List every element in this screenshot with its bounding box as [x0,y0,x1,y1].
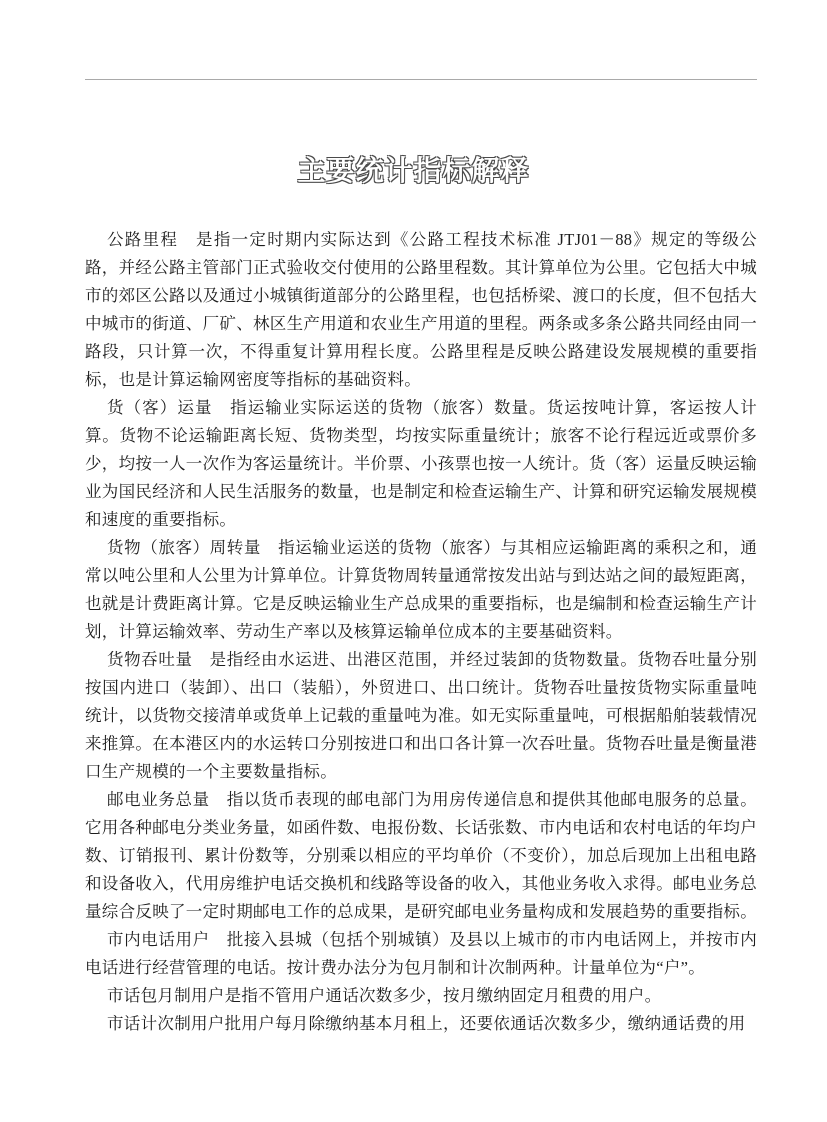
para-turnover-volume: 货物（旅客）周转量 指运输业运送的货物（旅客）与其相应运输距离的乘积之和，通常以… [85,534,757,646]
header-rule [85,79,757,80]
para-post-telecom-volume: 邮电业务总量 指以货币表现的邮电部门为用房传递信息和提供其他邮电服务的总量。它用… [85,786,757,926]
para-freight-passenger-volume: 货（客）运量 指运输业实际运送的货物（旅客）数量。货运按吨计算，客运按人计算。货… [85,394,757,534]
para-highway-mileage: 公路里程 是指一定时期内实际达到《公路工程技术标准 JTJ01－88》规定的等级… [85,226,757,394]
document-body: 公路里程 是指一定时期内实际达到《公路工程技术标准 JTJ01－88》规定的等级… [85,226,757,1038]
para-cargo-throughput: 货物吞吐量 是指经由水运进、出港区范围，并经过装卸的货物数量。货物吞吐量分别按国… [85,646,757,786]
para-per-call-subscribers: 市话计次制用户批用户每月除缴纳基本月租上，还要依通话次数多少，缴纳通话费的用 [85,1010,757,1038]
para-flat-rate-subscribers: 市话包月制用户是指不管用户通话次数多少，按月缴纳固定月租费的用户。 [85,982,757,1010]
para-urban-telephone-subscribers: 市内电话用户 批接入县城（包括个别城镇）及县以上城市的市内电话网上，并按市内电话… [85,926,757,982]
page-title: 主要统计指标解释 [0,149,827,189]
document-page: { "header": { "title": "主要统计指标解释" }, "co… [0,0,827,1122]
